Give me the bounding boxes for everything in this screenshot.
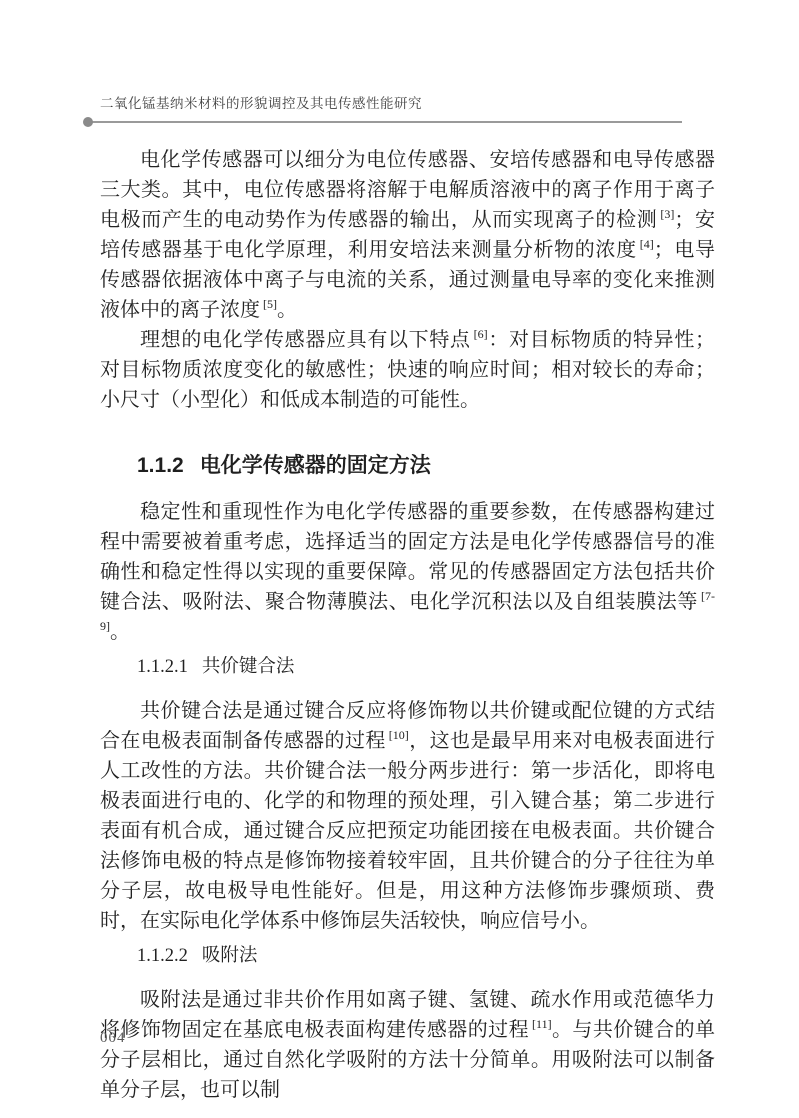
subsection-title: 吸附法 xyxy=(202,946,258,966)
document-page: 二氧化锰基纳米材料的形貌调控及其电传感性能研究 电化学传感器可以细分为电位传感器… xyxy=(0,0,799,1118)
subsection-title: 共价键合法 xyxy=(202,657,295,677)
text-run: ，这也是最早用来对电极表面进行人工改性的方法。共价键合法一般分两步进行：第一步活… xyxy=(100,730,715,932)
text-run: 电化学传感器可以细分为电位传感器、安培传感器和电导传感器三大类。其中，电位传感器… xyxy=(100,149,715,231)
header-rule xyxy=(88,121,682,123)
page-number: 004 xyxy=(100,1030,126,1047)
text-run: 。 xyxy=(110,621,130,643)
text-run: 稳定性和重现性作为电化学传感器的重要参数，在传感器构建过程中需要被着重考虑，选择… xyxy=(100,501,715,613)
paragraph-adsorption-method: 吸附法是通过非共价作用如离子键、氢键、疏水作用或范德华力将修饰物固定在基底电极表… xyxy=(100,985,715,1105)
citation-ref: [6] xyxy=(474,327,488,341)
citation-ref: [10] xyxy=(389,728,409,742)
sub-heading-1-1-2-2: 1.1.2.2吸附法 xyxy=(137,945,715,967)
sub-heading-1-1-2-1: 1.1.2.1共价键合法 xyxy=(137,656,715,678)
subsection-number: 1.1.2.2 xyxy=(137,946,188,966)
paragraph-covalent-bonding-method: 共价键合法是通过键合反应将修饰物以共价键或配位键的方式结合在电极表面制备传感器的… xyxy=(100,696,715,936)
citation-ref: [11] xyxy=(532,1017,552,1031)
paragraph-immobilization-overview: 稳定性和重现性作为电化学传感器的重要参数，在传感器构建过程中需要被着重考虑，选择… xyxy=(100,497,715,647)
paragraph-ideal-sensor-traits: 理想的电化学传感器应具有以下特点[6]：对目标物质的特异性；对目标物质浓度变化的… xyxy=(100,325,715,415)
text-run: 。 xyxy=(277,299,297,321)
citation-ref: [3] xyxy=(660,207,674,221)
section-title: 电化学传感器的固定方法 xyxy=(200,454,431,477)
citation-ref: [4] xyxy=(640,237,654,251)
section-heading-1-1-2: 1.1.2电化学传感器的固定方法 xyxy=(137,452,715,480)
paragraph-sensor-types: 电化学传感器可以细分为电位传感器、安培传感器和电导传感器三大类。其中，电位传感器… xyxy=(100,145,715,325)
section-number: 1.1.2 xyxy=(137,454,184,477)
running-header-title: 二氧化锰基纳米材料的形貌调控及其电传感性能研究 xyxy=(100,92,422,112)
page-body: 电化学传感器可以细分为电位传感器、安培传感器和电导传感器三大类。其中，电位传感器… xyxy=(100,145,715,1105)
subsection-number: 1.1.2.1 xyxy=(137,657,188,677)
text-run: 理想的电化学传感器应具有以下特点 xyxy=(140,329,471,351)
header-rule-dot xyxy=(83,117,93,127)
citation-ref: [5] xyxy=(263,297,277,311)
